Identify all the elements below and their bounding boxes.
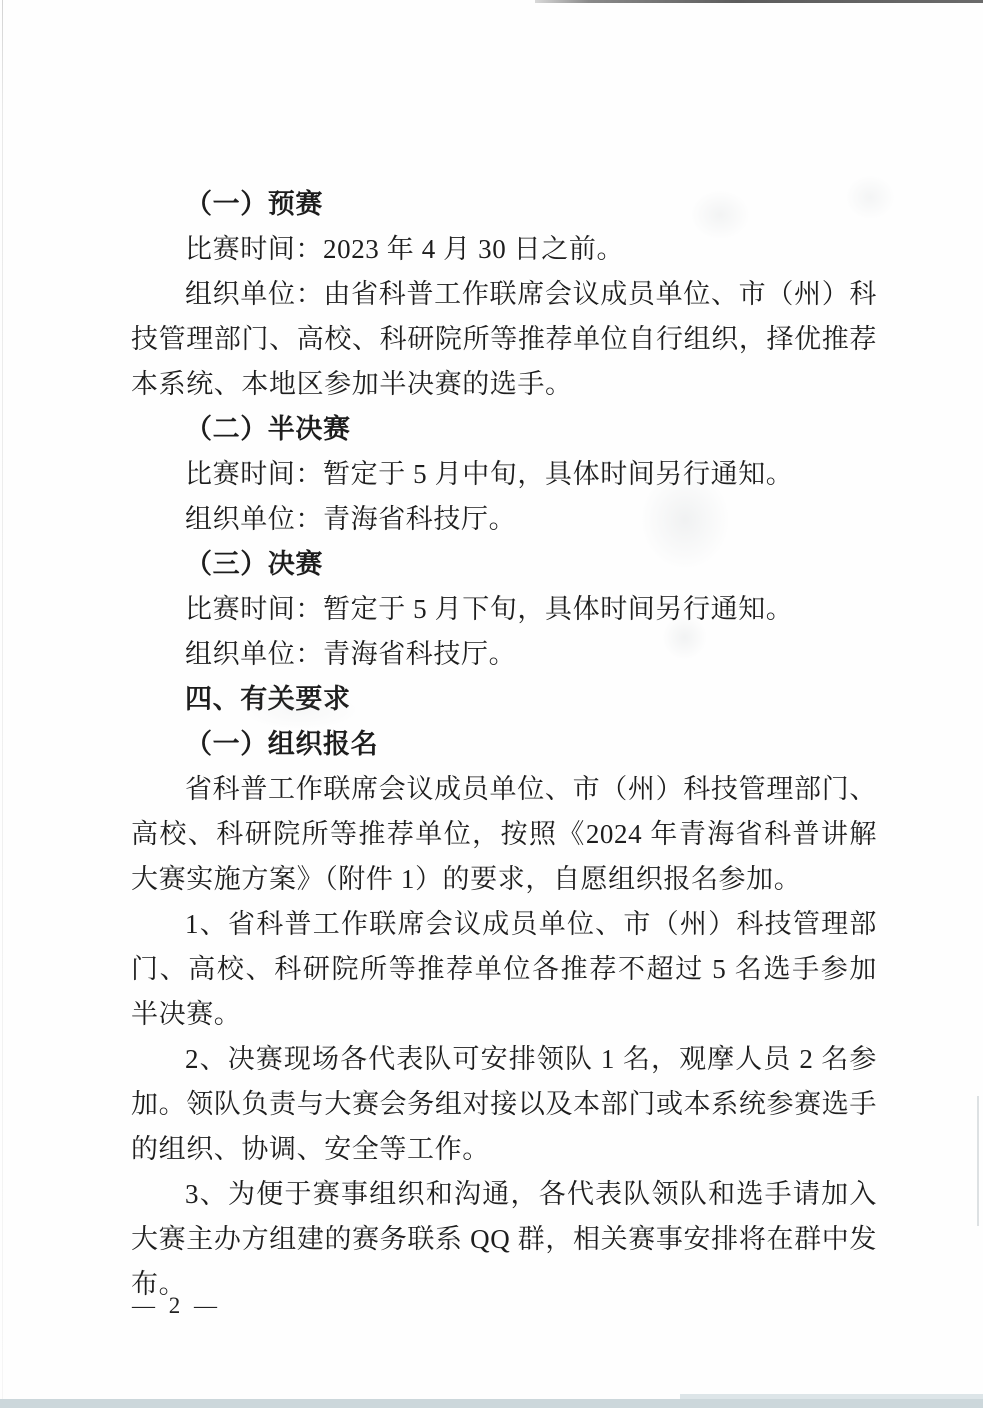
section-heading-semifinal: （二）半决赛 bbox=[131, 407, 877, 452]
section-heading-preliminary-round: （一）预赛 bbox=[131, 182, 877, 227]
para-requirement-item-1: 1、省科普工作联席会议成员单位、市（州）科技管理部门、高校、科研院所等推荐单位各… bbox=[131, 902, 877, 1037]
para-preliminary-organizer: 组织单位：由省科普工作联席会议成员单位、市（州）科技管理部门、高校、科研院所等推… bbox=[131, 272, 877, 407]
para-preliminary-time: 比赛时间：2023 年 4 月 30 日之前。 bbox=[131, 227, 877, 272]
para-requirement-item-3: 3、为便于赛事组织和沟通，各代表队领队和选手请加入大赛主办方组建的赛务联系 QQ… bbox=[131, 1172, 877, 1307]
section-heading-registration: （一）组织报名 bbox=[131, 722, 877, 767]
scan-edge-right bbox=[977, 1096, 979, 1226]
para-registration-intro: 省科普工作联席会议成员单位、市（州）科技管理部门、高校、科研院所等推荐单位，按照… bbox=[131, 767, 877, 902]
scan-edge-left bbox=[2, 0, 3, 1408]
document-body: （一）预赛 比赛时间：2023 年 4 月 30 日之前。 组织单位：由省科普工… bbox=[131, 182, 877, 1307]
para-semifinal-organizer: 组织单位：青海省科技厅。 bbox=[131, 497, 877, 542]
para-final-time: 比赛时间：暂定于 5 月下旬，具体时间另行通知。 bbox=[131, 587, 877, 632]
section-heading-final: （三）决赛 bbox=[131, 542, 877, 587]
page-number: — 2 — bbox=[132, 1293, 221, 1319]
para-final-organizer: 组织单位：青海省科技厅。 bbox=[131, 632, 877, 677]
scan-edge-bottom-right bbox=[680, 1394, 983, 1399]
scan-edge-bottom bbox=[0, 1399, 983, 1408]
section-heading-requirements: 四、有关要求 bbox=[131, 677, 877, 722]
para-requirement-item-2: 2、决赛现场各代表队可安排领队 1 名，观摩人员 2 名参加。领队负责与大赛会务… bbox=[131, 1037, 877, 1172]
scan-edge-top bbox=[535, 0, 983, 3]
document-page: （一）预赛 比赛时间：2023 年 4 月 30 日之前。 组织单位：由省科普工… bbox=[0, 0, 983, 1408]
para-semifinal-time: 比赛时间：暂定于 5 月中旬，具体时间另行通知。 bbox=[131, 452, 877, 497]
